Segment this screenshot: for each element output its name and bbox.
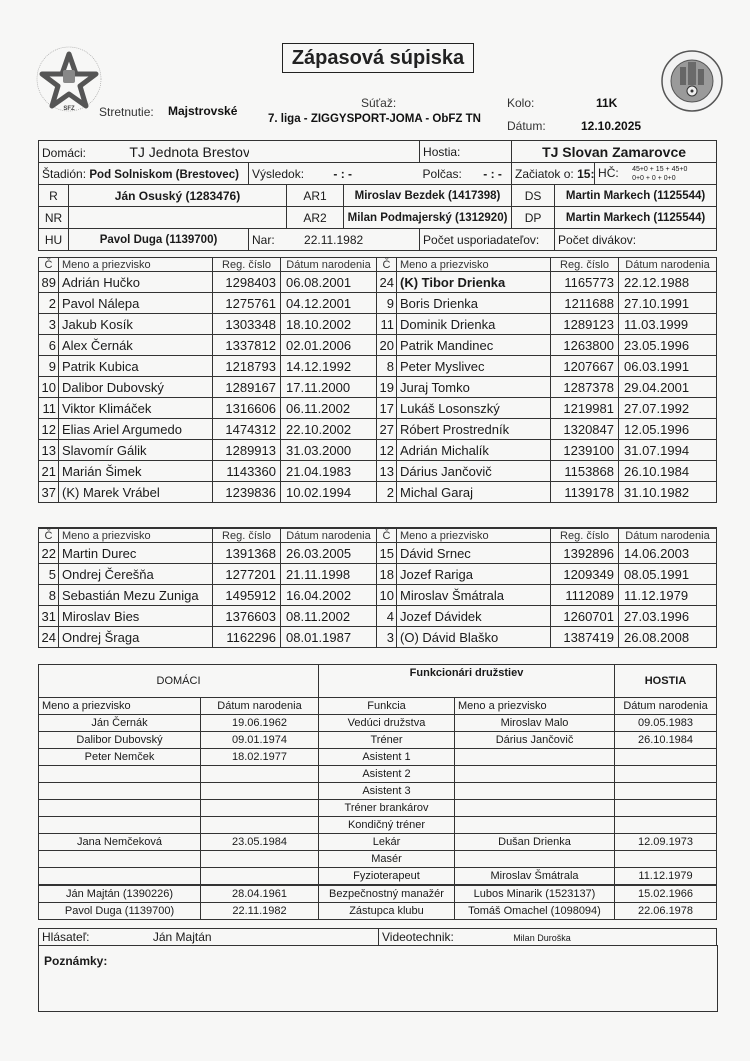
- away-official-dob: [615, 749, 717, 766]
- footer-table: Hlásateľ: Ján Majtán Videotechnik: Milan…: [38, 928, 717, 946]
- away-player-name: Dárius Jančovič: [397, 461, 551, 482]
- away-player-number: 4: [377, 606, 397, 627]
- player-row: 12Elias Ariel Argumedo147431222.10.20022…: [39, 419, 717, 440]
- official-function: Kondičný tréner: [319, 817, 455, 834]
- home-player-name: Adrián Hučko: [59, 272, 213, 293]
- away-player-reg: 1260701: [551, 606, 619, 627]
- home-player-number: 31: [39, 606, 59, 627]
- ds-value: Martin Markech (1125544): [555, 185, 717, 207]
- official-function: Asistent 3: [319, 783, 455, 800]
- r-label: R: [39, 185, 69, 207]
- away-player-reg: 1207667: [551, 356, 619, 377]
- col-name-away: Meno a priezvisko: [397, 258, 551, 272]
- ar2-label: AR2: [287, 207, 344, 229]
- official-function: Zástupca klubu: [319, 903, 455, 920]
- player-row: 22Martin Durec139136826.03.200515Dávid S…: [39, 543, 717, 564]
- away-player-dob: 27.03.1996: [619, 606, 717, 627]
- official-row: FyzioterapeutMiroslav Šmátrala11.12.1979: [39, 868, 717, 886]
- away-player-reg: 1287378: [551, 377, 619, 398]
- home-player-number: 11: [39, 398, 59, 419]
- home-player-dob: 16.04.2002: [281, 585, 377, 606]
- home-player-number: 37: [39, 482, 59, 503]
- home-player-number: 12: [39, 419, 59, 440]
- officials-section-label: Funkcionári družstiev: [319, 665, 615, 698]
- home-official-name: [39, 783, 201, 800]
- away-player-name: Miroslav Šmátrala: [397, 585, 551, 606]
- player-row: 37(K) Marek Vrábel123983610.02.19942Mich…: [39, 482, 717, 503]
- away-player-reg: 1263800: [551, 335, 619, 356]
- domaci-value: TJ Jednota Brestovec (A): [129, 144, 248, 160]
- player-row: 9Patrik Kubica121879314.12.19928Peter My…: [39, 356, 717, 377]
- hlasatel-value: Ján Majtán: [153, 930, 212, 944]
- official-row: Ján Majtán (1390226)28.04.1961Bezpečnost…: [39, 885, 717, 903]
- zaciatok-value: 15:30: [577, 167, 594, 181]
- kolo-label: Kolo:: [507, 96, 534, 110]
- away-player-name: Dominik Drienka: [397, 314, 551, 335]
- away-player-name: Lukáš Losonszký: [397, 398, 551, 419]
- away-player-dob: 11.12.1979: [619, 585, 717, 606]
- home-official-dob: 28.04.1961: [201, 885, 319, 903]
- home-player-reg: 1239836: [213, 482, 281, 503]
- away-player-dob: 27.10.1991: [619, 293, 717, 314]
- stretnutie-value: Majstrovské: [168, 104, 237, 118]
- player-row: 5Ondrej Čerešňa127720121.11.199818Jozef …: [39, 564, 717, 585]
- away-player-number: 19: [377, 377, 397, 398]
- hlasatel-label: Hlásateľ:: [42, 930, 90, 944]
- away-player-dob: 26.08.2008: [619, 627, 717, 648]
- home-player-name: Pavol Nálepa: [59, 293, 213, 314]
- home-player-dob: 31.03.2000: [281, 440, 377, 461]
- officials-header-row: Meno a priezvisko Dátum narodenia Funkci…: [39, 698, 717, 715]
- home-official-dob: 18.02.1977: [201, 749, 319, 766]
- ar1-label: AR1: [287, 185, 344, 207]
- player-row: 24Ondrej Šraga116229608.01.19873(O) Dávi…: [39, 627, 717, 648]
- col-reg-away: Reg. číslo: [551, 258, 619, 272]
- hostia-label: Hostia:: [420, 141, 512, 163]
- away-player-name: Boris Drienka: [397, 293, 551, 314]
- away-official-name: [455, 851, 615, 868]
- home-player-reg: 1275761: [213, 293, 281, 314]
- home-player-number: 21: [39, 461, 59, 482]
- away-official-dob: [615, 800, 717, 817]
- col-reg-away: Reg. číslo: [551, 528, 619, 543]
- home-official-dob: [201, 817, 319, 834]
- col-away-dob: Dátum narodenia: [615, 698, 717, 715]
- away-player-reg: 1112089: [551, 585, 619, 606]
- col-name-home: Meno a priezvisko: [59, 528, 213, 543]
- datum-label: Dátum:: [507, 119, 546, 133]
- svg-text:SFZ: SFZ: [63, 106, 75, 112]
- away-player-number: 20: [377, 335, 397, 356]
- home-player-name: (K) Marek Vrábel: [59, 482, 213, 503]
- away-player-name: Michal Garaj: [397, 482, 551, 503]
- official-function: Bezpečnostný manažér: [319, 885, 455, 903]
- home-player-reg: 1143360: [213, 461, 281, 482]
- home-official-name: [39, 851, 201, 868]
- away-official-name: Dušan Drienka: [455, 834, 615, 851]
- stadion-label: Štadión:: [42, 167, 86, 181]
- home-player-name: Jakub Kosík: [59, 314, 213, 335]
- player-row: 89Adrián Hučko129840306.08.200124(K) Tib…: [39, 272, 717, 293]
- home-player-number: 3: [39, 314, 59, 335]
- home-official-name: [39, 766, 201, 783]
- home-official-name: Peter Nemček: [39, 749, 201, 766]
- home-player-dob: 04.12.2001: [281, 293, 377, 314]
- home-player-dob: 02.01.2006: [281, 335, 377, 356]
- official-function: Vedúci družstva: [319, 715, 455, 732]
- away-official-dob: 09.05.1983: [615, 715, 717, 732]
- home-official-dob: [201, 868, 319, 886]
- home-official-name: Ján Majtán (1390226): [39, 885, 201, 903]
- home-player-reg: 1391368: [213, 543, 281, 564]
- dp-value: Martin Markech (1125544): [555, 207, 717, 229]
- player-row: 11Viktor Klimáček131660606.11.200217Luká…: [39, 398, 717, 419]
- away-official-name: Dárius Jančovič: [455, 732, 615, 749]
- away-official-name: Miroslav Šmátrala: [455, 868, 615, 886]
- away-player-number: 12: [377, 440, 397, 461]
- officials-table: DOMÁCI Funkcionári družstiev HOSTIA Meno…: [38, 664, 717, 920]
- col-dob-away: Dátum narodenia: [619, 258, 717, 272]
- home-player-number: 8: [39, 585, 59, 606]
- home-player-name: Miroslav Bies: [59, 606, 213, 627]
- page-title: Zápasová súpiska: [282, 43, 474, 73]
- home-player-number: 22: [39, 543, 59, 564]
- home-player-dob: 18.10.2002: [281, 314, 377, 335]
- home-player-name: Ondrej Čerešňa: [59, 564, 213, 585]
- home-player-name: Martin Durec: [59, 543, 213, 564]
- home-player-number: 2: [39, 293, 59, 314]
- away-official-name: [455, 817, 615, 834]
- r-value: Ján Osuský (1283476): [69, 185, 287, 207]
- ds-label: DS: [512, 185, 555, 207]
- away-player-reg: 1392896: [551, 543, 619, 564]
- kolo-value: 11K: [596, 96, 617, 110]
- away-player-dob: 29.04.2001: [619, 377, 717, 398]
- col-home-dob: Dátum narodenia: [201, 698, 319, 715]
- away-official-name: Tomáš Omachel (1098094): [455, 903, 615, 920]
- away-player-name: (O) Dávid Blaško: [397, 627, 551, 648]
- home-official-name: Jana Nemčeková: [39, 834, 201, 851]
- player-row: 21Marián Šimek114336021.04.198313Dárius …: [39, 461, 717, 482]
- away-player-reg: 1165773: [551, 272, 619, 293]
- home-player-name: Dalibor Dubovský: [59, 377, 213, 398]
- col-reg-home: Reg. číslo: [213, 258, 281, 272]
- nar-value: 22.11.1982: [304, 233, 363, 247]
- away-official-dob: 22.06.1978: [615, 903, 717, 920]
- away-player-number: 3: [377, 627, 397, 648]
- usporiadatelia-label: Počet usporiadateľov:: [423, 233, 539, 247]
- official-row: Pavol Duga (1139700)22.11.1982Zástupca k…: [39, 903, 717, 920]
- away-player-number: 9: [377, 293, 397, 314]
- home-player-name: Slavomír Gálik: [59, 440, 213, 461]
- hu-value: Pavol Duga (1139700): [69, 229, 249, 251]
- official-row: Asistent 2: [39, 766, 717, 783]
- official-row: Masér: [39, 851, 717, 868]
- away-player-dob: 23.05.1996: [619, 335, 717, 356]
- official-function: Asistent 2: [319, 766, 455, 783]
- away-player-reg: 1320847: [551, 419, 619, 440]
- away-official-name: Miroslav Malo: [455, 715, 615, 732]
- player-row: 6Alex Černák133781202.01.200620Patrik Ma…: [39, 335, 717, 356]
- home-player-dob: 08.11.2002: [281, 606, 377, 627]
- away-official-name: [455, 749, 615, 766]
- home-official-name: Dalibor Dubovský: [39, 732, 201, 749]
- away-player-number: 17: [377, 398, 397, 419]
- datum-value: 12.10.2025: [581, 119, 641, 133]
- home-player-dob: 17.11.2000: [281, 377, 377, 398]
- away-player-dob: 27.07.1992: [619, 398, 717, 419]
- zaciatok-label: Začiatok o:: [515, 167, 574, 181]
- home-player-number: 5: [39, 564, 59, 585]
- col-home-name: Meno a priezvisko: [39, 698, 201, 715]
- player-row: 8Sebastián Mezu Zuniga149591216.04.20021…: [39, 585, 717, 606]
- home-official-dob: 23.05.1984: [201, 834, 319, 851]
- videotechnik-value: Milan Duroška: [513, 933, 571, 943]
- away-player-name: Adrián Michalík: [397, 440, 551, 461]
- official-row: Dalibor Dubovský09.01.1974TrénerDárius J…: [39, 732, 717, 749]
- away-player-number: 8: [377, 356, 397, 377]
- official-function: Fyzioterapeut: [319, 868, 455, 886]
- home-player-reg: 1495912: [213, 585, 281, 606]
- home-player-name: Marián Šimek: [59, 461, 213, 482]
- col-num-away: Č: [377, 258, 397, 272]
- player-row: 10Dalibor Dubovský128916717.11.200019Jur…: [39, 377, 717, 398]
- away-player-dob: 11.03.1999: [619, 314, 717, 335]
- col-dob-home: Dátum narodenia: [281, 258, 377, 272]
- home-player-dob: 06.11.2002: [281, 398, 377, 419]
- away-player-name: Róbert Prostredník: [397, 419, 551, 440]
- away-player-dob: 26.10.1984: [619, 461, 717, 482]
- away-official-dob: [615, 851, 717, 868]
- home-player-number: 10: [39, 377, 59, 398]
- sutaz-label: Súťaž:: [361, 96, 396, 110]
- home-player-name: Patrik Kubica: [59, 356, 213, 377]
- domaci-cell: Domáci: TJ Jednota Brestovec (A): [39, 141, 249, 163]
- official-row: Asistent 3: [39, 783, 717, 800]
- away-player-number: 27: [377, 419, 397, 440]
- away-player-name: Jozef Rariga: [397, 564, 551, 585]
- away-player-number: 18: [377, 564, 397, 585]
- official-row: Ján Černák19.06.1962Vedúci družstvaMiros…: [39, 715, 717, 732]
- home-official-name: Pavol Duga (1139700): [39, 903, 201, 920]
- home-official-dob: [201, 783, 319, 800]
- stretnutie-label: Stretnutie:: [99, 105, 154, 119]
- col-name-home: Meno a priezvisko: [59, 258, 213, 272]
- officials-section-row: DOMÁCI Funkcionári družstiev HOSTIA: [39, 665, 717, 698]
- poznamky-value: [39, 968, 717, 972]
- home-official-dob: [201, 851, 319, 868]
- away-player-number: 24: [377, 272, 397, 293]
- col-num-home: Č: [39, 528, 59, 543]
- home-player-dob: 10.02.1994: [281, 482, 377, 503]
- hc-label: HČ:: [598, 166, 619, 180]
- away-player-reg: 1289123: [551, 314, 619, 335]
- official-function: Tréner brankárov: [319, 800, 455, 817]
- away-player-dob: 12.05.1996: [619, 419, 717, 440]
- dp-label: DP: [512, 207, 555, 229]
- hostia-value: TJ Slovan Zamarovce: [512, 141, 717, 163]
- away-official-dob: [615, 783, 717, 800]
- official-row: Kondičný tréner: [39, 817, 717, 834]
- col-dob-home: Dátum narodenia: [281, 528, 377, 543]
- home-player-reg: 1376603: [213, 606, 281, 627]
- away-player-number: 10: [377, 585, 397, 606]
- away-official-dob: [615, 817, 717, 834]
- nr-value: [69, 207, 287, 229]
- home-official-dob: 19.06.1962: [201, 715, 319, 732]
- away-official-name: [455, 783, 615, 800]
- poznamky-label: Poznámky:: [39, 945, 717, 968]
- home-player-name: Sebastián Mezu Zuniga: [59, 585, 213, 606]
- home-player-number: 9: [39, 356, 59, 377]
- vysledok-value: - : -: [333, 167, 352, 181]
- official-row: Peter Nemček18.02.1977Asistent 1: [39, 749, 717, 766]
- away-official-dob: 11.12.1979: [615, 868, 717, 886]
- home-player-reg: 1474312: [213, 419, 281, 440]
- away-player-number: 11: [377, 314, 397, 335]
- home-player-reg: 1337812: [213, 335, 281, 356]
- away-official-dob: 15.02.1966: [615, 885, 717, 903]
- home-official-name: [39, 800, 201, 817]
- official-row: Tréner brankárov: [39, 800, 717, 817]
- home-player-reg: 1303348: [213, 314, 281, 335]
- sutaz-value: 7. liga - ZIGGYSPORT-JOMA - ObFZ TN: [268, 113, 481, 125]
- away-player-dob: 06.03.1991: [619, 356, 717, 377]
- away-player-reg: 1219981: [551, 398, 619, 419]
- col-num-home: Č: [39, 258, 59, 272]
- home-player-reg: 1162296: [213, 627, 281, 648]
- away-player-name: Dávid Srnec: [397, 543, 551, 564]
- obfz-trencin-logo-icon: [660, 49, 724, 113]
- player-row: 2Pavol Nálepa127576104.12.20019Boris Dri…: [39, 293, 717, 314]
- col-dob-away: Dátum narodenia: [619, 528, 717, 543]
- away-player-dob: 22.12.1988: [619, 272, 717, 293]
- home-official-name: [39, 868, 201, 886]
- col-function: Funkcia: [319, 698, 455, 715]
- home-player-dob: 14.12.1992: [281, 356, 377, 377]
- home-player-dob: 21.04.1983: [281, 461, 377, 482]
- col-num-away: Č: [377, 528, 397, 543]
- home-player-name: Viktor Klimáček: [59, 398, 213, 419]
- home-official-name: Ján Černák: [39, 715, 201, 732]
- official-function: Asistent 1: [319, 749, 455, 766]
- away-official-dob: 12.09.1973: [615, 834, 717, 851]
- home-player-reg: 1316606: [213, 398, 281, 419]
- away-player-number: 2: [377, 482, 397, 503]
- home-player-number: 24: [39, 627, 59, 648]
- substitutes-table: Č Meno a priezvisko Reg. číslo Dátum nar…: [38, 527, 717, 648]
- home-player-name: Elias Ariel Argumedo: [59, 419, 213, 440]
- away-official-name: [455, 766, 615, 783]
- polcas-value: - : -: [483, 167, 502, 181]
- officials-home-label: DOMÁCI: [39, 665, 319, 698]
- home-player-name: Ondrej Šraga: [59, 627, 213, 648]
- home-player-name: Alex Černák: [59, 335, 213, 356]
- away-player-reg: 1153868: [551, 461, 619, 482]
- away-player-dob: 08.05.1991: [619, 564, 717, 585]
- official-function: Masér: [319, 851, 455, 868]
- home-player-number: 89: [39, 272, 59, 293]
- hc-line-1: 45+0 + 15 + 45+0: [632, 165, 687, 174]
- away-player-name: Peter Myslivec: [397, 356, 551, 377]
- player-row: 13Slavomír Gálik128991331.03.200012Adriá…: [39, 440, 717, 461]
- col-name-away: Meno a priezvisko: [397, 528, 551, 543]
- nar-label: Nar:: [252, 233, 275, 247]
- col-reg-home: Reg. číslo: [213, 528, 281, 543]
- officials-away-label: HOSTIA: [615, 665, 717, 698]
- official-function: Lekár: [319, 834, 455, 851]
- away-player-reg: 1209349: [551, 564, 619, 585]
- starters-table: Č Meno a priezvisko Reg. číslo Dátum nar…: [38, 257, 717, 503]
- away-player-dob: 31.10.1982: [619, 482, 717, 503]
- player-row: 3Jakub Kosík130334818.10.200211Dominik D…: [39, 314, 717, 335]
- starters-header-row: Č Meno a priezvisko Reg. číslo Dátum nar…: [39, 258, 717, 272]
- match-info-table: Domáci: TJ Jednota Brestovec (A) Hostia:…: [38, 140, 717, 251]
- away-player-reg: 1387419: [551, 627, 619, 648]
- away-player-number: 13: [377, 461, 397, 482]
- home-player-dob: 26.03.2005: [281, 543, 377, 564]
- away-player-number: 15: [377, 543, 397, 564]
- away-official-dob: [615, 766, 717, 783]
- home-player-reg: 1298403: [213, 272, 281, 293]
- home-player-reg: 1218793: [213, 356, 281, 377]
- vysledok-label: Výsledok:: [252, 167, 304, 181]
- home-player-dob: 21.11.1998: [281, 564, 377, 585]
- sfz-logo-icon: SFZ: [34, 44, 104, 114]
- home-official-name: [39, 817, 201, 834]
- hc-line-2: 0+0 + 0 + 0+0: [632, 174, 687, 183]
- home-official-dob: [201, 766, 319, 783]
- away-official-name: Lubos Minarik (1523137): [455, 885, 615, 903]
- home-player-dob: 22.10.2002: [281, 419, 377, 440]
- hu-label: HU: [39, 229, 69, 251]
- away-player-name: Juraj Tomko: [397, 377, 551, 398]
- stadion-value: Pod Solniskom (Brestovec): [89, 169, 239, 181]
- domaci-label: Domáci:: [42, 146, 86, 160]
- away-player-dob: 31.07.1994: [619, 440, 717, 461]
- polcas-label: Polčas:: [423, 167, 462, 181]
- nr-label: NR: [39, 207, 69, 229]
- videotechnik-label: Videotechnik:: [382, 930, 454, 944]
- home-player-dob: 08.01.1987: [281, 627, 377, 648]
- official-row: Jana Nemčeková23.05.1984LekárDušan Drien…: [39, 834, 717, 851]
- away-official-dob: 26.10.1984: [615, 732, 717, 749]
- home-official-dob: 09.01.1974: [201, 732, 319, 749]
- home-player-number: 6: [39, 335, 59, 356]
- away-player-name: Jozef Dávidek: [397, 606, 551, 627]
- home-player-number: 13: [39, 440, 59, 461]
- away-player-dob: 14.06.2003: [619, 543, 717, 564]
- col-away-name: Meno a priezvisko: [455, 698, 615, 715]
- away-player-reg: 1239100: [551, 440, 619, 461]
- away-official-name: [455, 800, 615, 817]
- home-player-dob: 06.08.2001: [281, 272, 377, 293]
- official-function: Tréner: [319, 732, 455, 749]
- notes-box: Poznámky:: [38, 945, 718, 1012]
- player-row: 31Miroslav Bies137660308.11.20024Jozef D…: [39, 606, 717, 627]
- ar2-value: Milan Podmajerský (1312920): [344, 207, 512, 229]
- substitutes-header-row: Č Meno a priezvisko Reg. číslo Dátum nar…: [39, 528, 717, 543]
- away-player-name: (K) Tibor Drienka: [397, 272, 551, 293]
- away-player-name: Patrik Mandinec: [397, 335, 551, 356]
- home-official-dob: [201, 800, 319, 817]
- home-player-reg: 1289913: [213, 440, 281, 461]
- home-player-reg: 1277201: [213, 564, 281, 585]
- away-player-reg: 1211688: [551, 293, 619, 314]
- home-official-dob: 22.11.1982: [201, 903, 319, 920]
- ar1-value: Miroslav Bezdek (1417398): [344, 185, 512, 207]
- divaci-label: Počet divákov:: [558, 233, 636, 247]
